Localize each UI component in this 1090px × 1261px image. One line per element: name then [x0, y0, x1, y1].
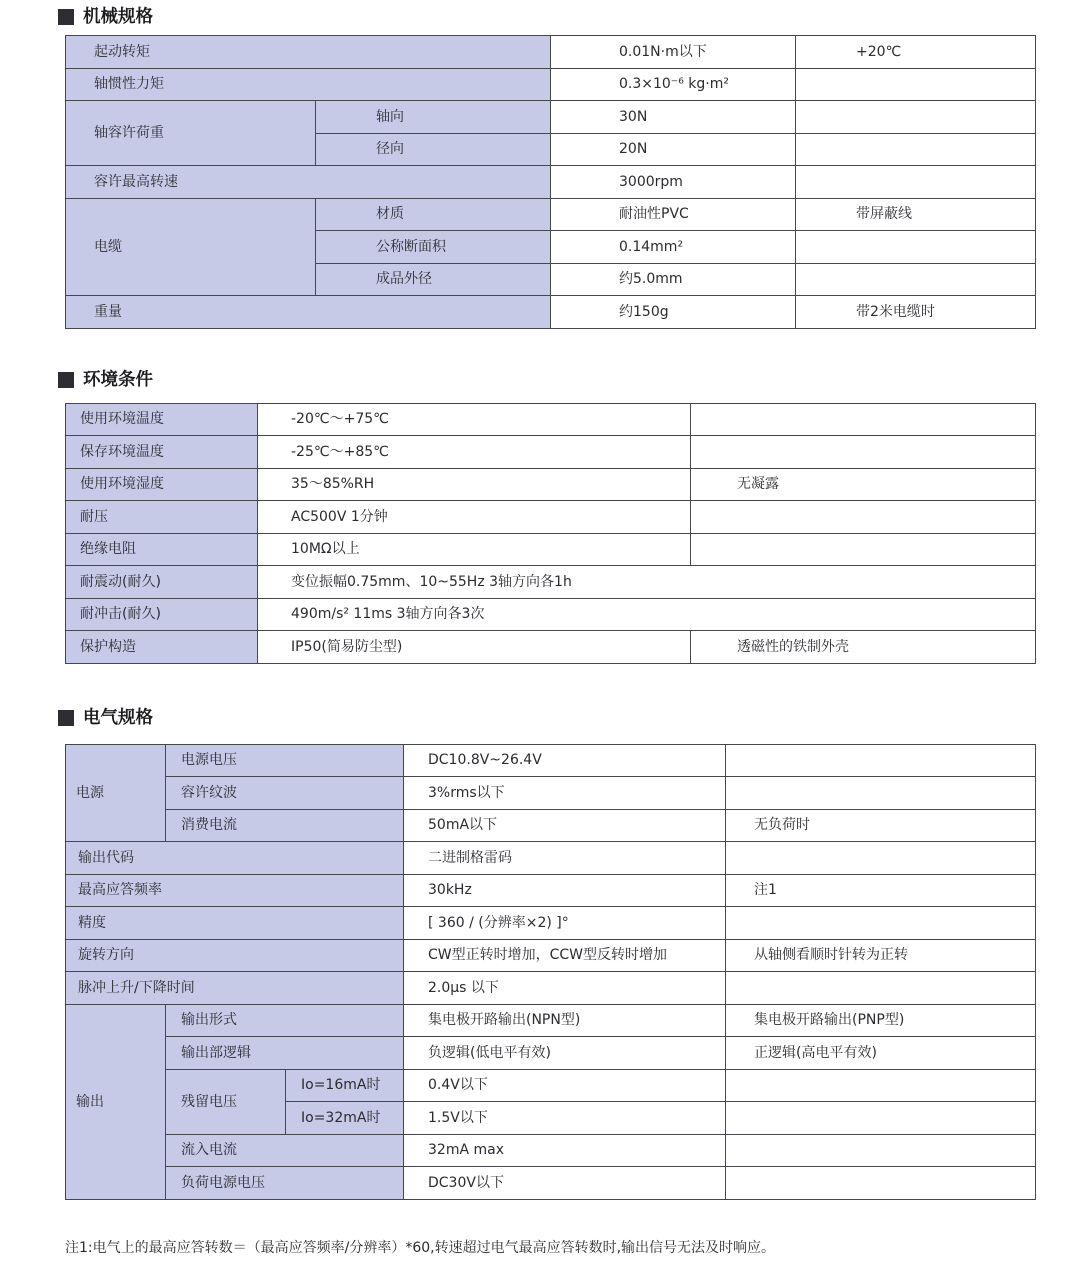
- spec-value-cell: 50mA以下: [404, 809, 726, 842]
- spec-label-cell: 最高应答频率: [66, 874, 404, 907]
- empty-cell: [726, 907, 1036, 940]
- empty-cell: [796, 231, 1036, 264]
- table-row: 负荷电源电压DC30V以下: [66, 1167, 1036, 1200]
- spec-remark-cell: 无凝露: [691, 468, 1036, 501]
- spec-sublabel-cell: 负荷电源电压: [166, 1167, 404, 1200]
- table-row: 绝缘电阻10MΩ以上: [66, 533, 1036, 566]
- section-marker-icon: [58, 372, 74, 388]
- spec-value-cell: 耐油性PVC: [551, 198, 796, 231]
- spec-remark-cell: 正逻辑(高电平有效): [726, 1037, 1036, 1070]
- spec-group-cell: 输出: [66, 1004, 166, 1199]
- empty-cell: [691, 533, 1036, 566]
- empty-cell: [691, 436, 1036, 469]
- section-title-text: 电气规格: [83, 708, 153, 728]
- section-title-mechanical: 机械规格: [58, 7, 1035, 27]
- table-row: 最高应答频率30kHz注1: [66, 874, 1036, 907]
- table-row: 旋转方向CW型正转时增加，CCW型反转时增加从轴侧看顺时针转为正转: [66, 939, 1036, 972]
- table-row: 电缆材质耐油性PVC带屏蔽线: [66, 198, 1036, 231]
- section-mechanical: 机械规格 起动转矩0.01N·m以下+20℃轴惯性力矩0.3×10⁻⁶ kg·m…: [65, 7, 1035, 329]
- spec-remark-cell: +20℃: [796, 36, 1036, 69]
- table-row: 重量约150g带2米电缆时: [66, 296, 1036, 329]
- section-environment: 环境条件 使用环境温度-20℃～+75℃保存环境温度-25℃～+85℃使用环境湿…: [65, 370, 1035, 664]
- spec-label-cell: 重量: [66, 296, 551, 329]
- spec-value-cell: 约5.0mm: [551, 263, 796, 296]
- spec-value-cell: 35～85%RH: [258, 468, 691, 501]
- empty-cell: [726, 1069, 1036, 1102]
- spec-label-cell: 使用环境湿度: [66, 468, 258, 501]
- spec-value-cell: 32mA max: [404, 1134, 726, 1167]
- section-marker-icon: [58, 710, 74, 726]
- spec-sublabel-cell: Io=32mA时: [286, 1102, 404, 1135]
- spec-value-cell: 0.3×10⁻⁶ kg·m²: [551, 68, 796, 101]
- table-row: 耐震动(耐久)变位振幅0.75mm、10~55Hz 3轴方向各1h: [66, 566, 1036, 599]
- section-marker-icon: [58, 9, 74, 25]
- empty-cell: [726, 1134, 1036, 1167]
- spec-value-cell: 0.4V以下: [404, 1069, 726, 1102]
- spec-sublabel-cell: 材质: [316, 198, 551, 231]
- table-row: 输出部逻辑负逻辑(低电平有效)正逻辑(高电平有效): [66, 1037, 1036, 1070]
- spec-value-cell: 490m/s² 11ms 3轴方向各3次: [258, 598, 1036, 631]
- section-title-environment: 环境条件: [58, 370, 1035, 390]
- spec-label-cell: 轴惯性力矩: [66, 68, 551, 101]
- spec-label-cell: 保护构造: [66, 631, 258, 664]
- spec-value-cell: DC30V以下: [404, 1167, 726, 1200]
- empty-cell: [796, 263, 1036, 296]
- spec-remark-cell: 带2米电缆时: [796, 296, 1036, 329]
- spec-value-cell: AC500V 1分钟: [258, 501, 691, 534]
- table-row: 耐冲击(耐久)490m/s² 11ms 3轴方向各3次: [66, 598, 1036, 631]
- table-row: 耐压AC500V 1分钟: [66, 501, 1036, 534]
- environment-table-wrap: 使用环境温度-20℃～+75℃保存环境温度-25℃～+85℃使用环境湿度35～8…: [65, 403, 1035, 664]
- spec-sublabel-cell: 输出部逻辑: [166, 1037, 404, 1070]
- spec-value-cell: 3%rms以下: [404, 777, 726, 810]
- spec-group-cell: 电源: [66, 744, 166, 842]
- table-row: 使用环境温度-20℃～+75℃: [66, 403, 1036, 436]
- electrical-specs-table: 电源电源电压DC10.8V~26.4V容许纹波3%rms以下消费电流50mA以下…: [65, 744, 1036, 1200]
- spec-value-cell: 30kHz: [404, 874, 726, 907]
- spec-label-cell: 起动转矩: [66, 36, 551, 69]
- spec-value-cell: 集电极开路输出(NPN型): [404, 1004, 726, 1037]
- spec-label-cell: 旋转方向: [66, 939, 404, 972]
- table-row: 输出输出形式集电极开路输出(NPN型)集电极开路输出(PNP型): [66, 1004, 1036, 1037]
- table-row: 残留电压Io=16mA时0.4V以下: [66, 1069, 1036, 1102]
- table-row: 脉冲上升/下降时间2.0μs 以下: [66, 972, 1036, 1005]
- spec-sublabel-cell: 残留电压: [166, 1069, 286, 1134]
- table-row: 容许最高转速3000rpm: [66, 166, 1036, 199]
- table-row: 电源电源电压DC10.8V~26.4V: [66, 744, 1036, 777]
- spec-sublabel-cell: 轴向: [316, 101, 551, 134]
- spec-label-cell: 轴容许荷重: [66, 101, 316, 166]
- spec-remark-cell: 带屏蔽线: [796, 198, 1036, 231]
- spec-value-cell: CW型正转时增加，CCW型反转时增加: [404, 939, 726, 972]
- empty-cell: [691, 403, 1036, 436]
- spec-value-cell: 变位振幅0.75mm、10~55Hz 3轴方向各1h: [258, 566, 1036, 599]
- spec-label-cell: 使用环境温度: [66, 403, 258, 436]
- spec-label-cell: 精度: [66, 907, 404, 940]
- spec-remark-cell: 注1: [726, 874, 1036, 907]
- empty-cell: [691, 501, 1036, 534]
- datasheet-page: 机械规格 起动转矩0.01N·m以下+20℃轴惯性力矩0.3×10⁻⁶ kg·m…: [0, 0, 1090, 1261]
- electrical-table-wrap: 电源电源电压DC10.8V~26.4V容许纹波3%rms以下消费电流50mA以下…: [65, 744, 1035, 1200]
- section-title-text: 环境条件: [83, 370, 153, 390]
- section-title-electrical: 电气规格: [58, 708, 1035, 728]
- empty-cell: [726, 744, 1036, 777]
- spec-value-cell: -25℃～+85℃: [258, 436, 691, 469]
- spec-value-cell: 20N: [551, 133, 796, 166]
- spec-sublabel-cell: 流入电流: [166, 1134, 404, 1167]
- table-row: 保护构造IP50(简易防尘型)透磁性的铁制外壳: [66, 631, 1036, 664]
- table-row: 容许纹波3%rms以下: [66, 777, 1036, 810]
- empty-cell: [726, 972, 1036, 1005]
- table-row: 轴容许荷重轴向30N: [66, 101, 1036, 134]
- empty-cell: [726, 777, 1036, 810]
- spec-value-cell: -20℃～+75℃: [258, 403, 691, 436]
- spec-sublabel-cell: 成品外径: [316, 263, 551, 296]
- spec-remark-cell: 集电极开路输出(PNP型): [726, 1004, 1036, 1037]
- table-row: 消费电流50mA以下无负荷时: [66, 809, 1036, 842]
- spec-sublabel-cell: 径向: [316, 133, 551, 166]
- spec-label-cell: 耐震动(耐久): [66, 566, 258, 599]
- spec-value-cell: [ 360 / (分辨率×2) ]°: [404, 907, 726, 940]
- empty-cell: [796, 68, 1036, 101]
- empty-cell: [796, 101, 1036, 134]
- spec-label-cell: 脉冲上升/下降时间: [66, 972, 404, 1005]
- spec-label-cell: 电缆: [66, 198, 316, 296]
- spec-sublabel-cell: 公称断面积: [316, 231, 551, 264]
- table-row: 保存环境温度-25℃～+85℃: [66, 436, 1036, 469]
- spec-value-cell: 0.14mm²: [551, 231, 796, 264]
- empty-cell: [726, 842, 1036, 875]
- spec-value-cell: 负逻辑(低电平有效): [404, 1037, 726, 1070]
- environment-conditions-table: 使用环境温度-20℃～+75℃保存环境温度-25℃～+85℃使用环境湿度35～8…: [65, 403, 1036, 664]
- spec-sublabel-cell: 电源电压: [166, 744, 404, 777]
- spec-value-cell: 30N: [551, 101, 796, 134]
- spec-remark-cell: 从轴侧看顺时针转为正转: [726, 939, 1036, 972]
- table-row: 起动转矩0.01N·m以下+20℃: [66, 36, 1036, 69]
- mechanical-specs-table: 起动转矩0.01N·m以下+20℃轴惯性力矩0.3×10⁻⁶ kg·m²轴容许荷…: [65, 35, 1036, 329]
- section-electrical: 电气规格 电源电源电压DC10.8V~26.4V容许纹波3%rms以下消费电流5…: [65, 708, 1035, 1200]
- section-title-text: 机械规格: [83, 7, 153, 27]
- spec-label-cell: 容许最高转速: [66, 166, 551, 199]
- empty-cell: [796, 133, 1036, 166]
- table-row: 流入电流32mA max: [66, 1134, 1036, 1167]
- spec-value-cell: 10MΩ以上: [258, 533, 691, 566]
- table-row: 使用环境湿度35～85%RH无凝露: [66, 468, 1036, 501]
- empty-cell: [796, 166, 1036, 199]
- empty-cell: [726, 1102, 1036, 1135]
- table-row: 输出代码二进制格雷码: [66, 842, 1036, 875]
- spec-value-cell: 1.5V以下: [404, 1102, 726, 1135]
- spec-value-cell: IP50(简易防尘型): [258, 631, 691, 664]
- spec-sublabel-cell: 容许纹波: [166, 777, 404, 810]
- spec-remark-cell: 透磁性的铁制外壳: [691, 631, 1036, 664]
- spec-remark-cell: 无负荷时: [726, 809, 1036, 842]
- spec-label-cell: 耐冲击(耐久): [66, 598, 258, 631]
- spec-label-cell: 耐压: [66, 501, 258, 534]
- mechanical-table-wrap: 起动转矩0.01N·m以下+20℃轴惯性力矩0.3×10⁻⁶ kg·m²轴容许荷…: [65, 35, 1035, 329]
- empty-cell: [726, 1167, 1036, 1200]
- spec-label-cell: 绝缘电阻: [66, 533, 258, 566]
- spec-value-cell: 约150g: [551, 296, 796, 329]
- spec-label-cell: 保存环境温度: [66, 436, 258, 469]
- spec-sublabel-cell: Io=16mA时: [286, 1069, 404, 1102]
- table-row: 精度[ 360 / (分辨率×2) ]°: [66, 907, 1036, 940]
- spec-value-cell: 2.0μs 以下: [404, 972, 726, 1005]
- spec-value-cell: 3000rpm: [551, 166, 796, 199]
- spec-value-cell: 二进制格雷码: [404, 842, 726, 875]
- spec-sublabel-cell: 消费电流: [166, 809, 404, 842]
- spec-value-cell: DC10.8V~26.4V: [404, 744, 726, 777]
- table-row: 轴惯性力矩0.3×10⁻⁶ kg·m²: [66, 68, 1036, 101]
- spec-label-cell: 输出代码: [66, 842, 404, 875]
- footnote-note1: 注1:电气上的最高应答转数＝（最高应答频率/分辨率）*60,转速超过电气最高应答…: [65, 1239, 1035, 1257]
- spec-value-cell: 0.01N·m以下: [551, 36, 796, 69]
- spec-sublabel-cell: 输出形式: [166, 1004, 404, 1037]
